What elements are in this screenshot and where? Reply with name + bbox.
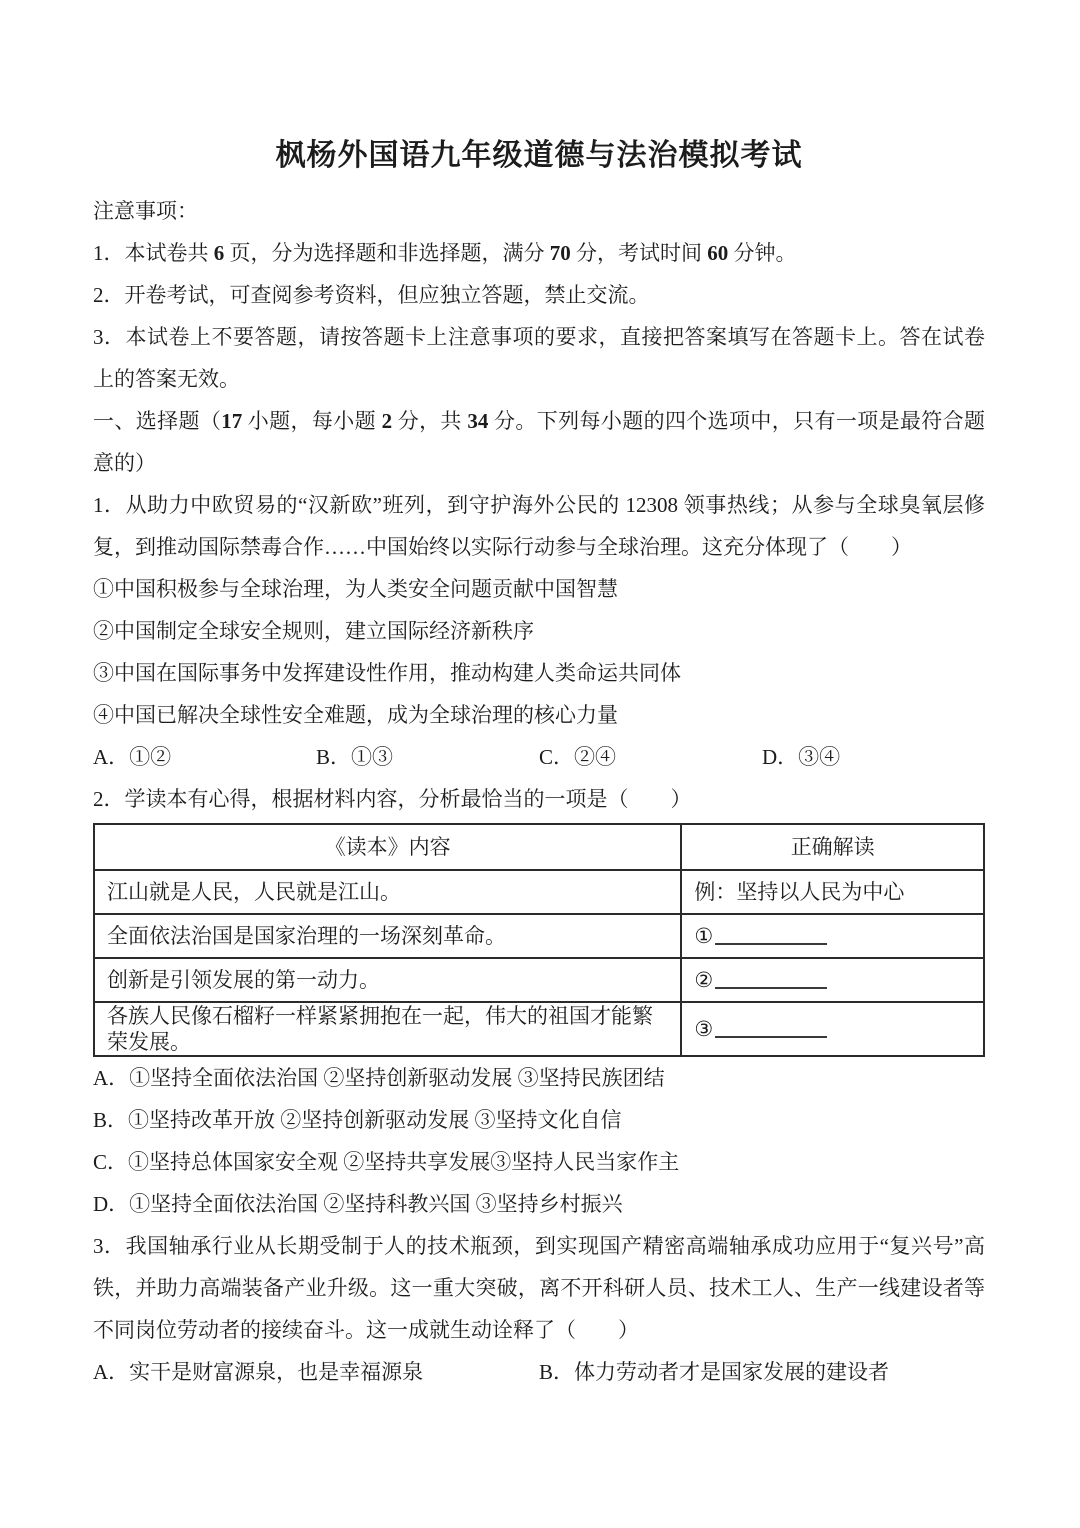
- cell-interpretation: ②: [681, 958, 984, 1002]
- bold-number: 2: [382, 409, 393, 433]
- text-run: 分，共: [392, 409, 467, 433]
- bold-number: 70: [550, 241, 571, 265]
- question-1-stem: 1．从助力中欧贸易的“汉新欧”班列，到守护海外公民的 12308 领事热线；从参…: [93, 484, 985, 568]
- table-header-interpretation: 正确解读: [681, 824, 984, 870]
- bold-number: 17: [221, 409, 242, 433]
- bold-number: 60: [707, 241, 728, 265]
- question-3-options: A．实干是财富源泉，也是幸福源泉 B．体力劳动者才是国家发展的建设者: [93, 1351, 985, 1393]
- question-2-option-b: B．①坚持改革开放 ②坚持创新驱动发展 ③坚持文化自信: [93, 1099, 985, 1141]
- option-b: B．①③: [316, 736, 539, 778]
- answer-blank: [715, 925, 827, 945]
- question-1-options: A．①② B．①③ C．②④ D．③④: [93, 736, 985, 778]
- question-1-item-4: ④中国已解决全球性安全难题，成为全球治理的核心力量: [93, 694, 985, 736]
- section-heading: 一、选择题（17 小题，每小题 2 分，共 34 分。下列每小题的四个选项中，只…: [93, 400, 985, 484]
- text-run: 小题，每小题: [242, 409, 381, 433]
- table-row: 江山就是人民，人民就是江山。 例：坚持以人民为中心: [94, 870, 984, 914]
- cell-content: 江山就是人民，人民就是江山。: [94, 870, 681, 914]
- q2-table: 《读本》内容 正确解读 江山就是人民，人民就是江山。 例：坚持以人民为中心 全面…: [93, 823, 985, 1057]
- question-3-stem: 3．我国轴承行业从长期受制于人的技术瓶颈，到实现国产精密高端轴承成功应用于“复兴…: [93, 1225, 985, 1351]
- page-title: 枫杨外国语九年级道德与法治模拟考试: [93, 134, 985, 178]
- table-row: 创新是引领发展的第一动力。 ②: [94, 958, 984, 1002]
- question-2-option-d: D．①坚持全面依法治国 ②坚持科教兴国 ③坚持乡村振兴: [93, 1183, 985, 1225]
- option-d: D．③④: [762, 736, 985, 778]
- question-2-option-a: A．①坚持全面依法治国 ②坚持创新驱动发展 ③坚持民族团结: [93, 1057, 985, 1099]
- text-run: 1．本试卷共: [93, 241, 214, 265]
- question-2-stem: 2．学读本有心得，根据材料内容，分析最恰当的一项是（ ）: [93, 778, 985, 820]
- question-2-option-c: C．①坚持总体国家安全观 ②坚持共享发展③坚持人民当家作主: [93, 1141, 985, 1183]
- circled-number: ①: [694, 924, 713, 948]
- circled-number: ③: [694, 1017, 713, 1041]
- notice-item-2: 2．开卷考试，可查阅参考资料，但应独立答题，禁止交流。: [93, 274, 985, 316]
- cell-interpretation: ①: [681, 914, 984, 958]
- option-b: B．体力劳动者才是国家发展的建设者: [539, 1351, 985, 1393]
- notice-item-1: 1．本试卷共 6 页，分为选择题和非选择题，满分 70 分，考试时间 60 分钟…: [93, 232, 985, 274]
- table-header-content: 《读本》内容: [94, 824, 681, 870]
- exam-page: 枫杨外国语九年级道德与法治模拟考试 注意事项： 1．本试卷共 6 页，分为选择题…: [0, 134, 1080, 1393]
- question-1-item-2: ②中国制定全球安全规则，建立国际经济新秩序: [93, 610, 985, 652]
- bold-number: 34: [467, 409, 488, 433]
- notice-heading: 注意事项：: [93, 190, 985, 232]
- question-1-item-1: ①中国积极参与全球治理，为人类安全问题贡献中国智慧: [93, 568, 985, 610]
- answer-blank: [715, 969, 827, 989]
- cell-content: 各族人民像石榴籽一样紧紧拥抱在一起，伟大的祖国才能繁荣发展。: [94, 1002, 681, 1056]
- table-row: 各族人民像石榴籽一样紧紧拥抱在一起，伟大的祖国才能繁荣发展。 ③: [94, 1002, 984, 1056]
- text-run: 分，考试时间: [571, 241, 708, 265]
- table-header-row: 《读本》内容 正确解读: [94, 824, 984, 870]
- cell-interpretation: ③: [681, 1002, 984, 1056]
- notice-item-3: 3．本试卷上不要答题，请按答题卡上注意事项的要求，直接把答案填写在答题卡上。答在…: [93, 316, 985, 400]
- cell-interpretation: 例：坚持以人民为中心: [681, 870, 984, 914]
- table-row: 全面依法治国是国家治理的一场深刻革命。 ①: [94, 914, 984, 958]
- text-run: 一、选择题（: [93, 409, 221, 433]
- bold-number: 6: [214, 241, 225, 265]
- option-c: C．②④: [539, 736, 762, 778]
- option-a: A．实干是财富源泉，也是幸福源泉: [93, 1351, 539, 1393]
- text-run: 分钟。: [728, 241, 796, 265]
- cell-content: 创新是引领发展的第一动力。: [94, 958, 681, 1002]
- cell-content: 全面依法治国是国家治理的一场深刻革命。: [94, 914, 681, 958]
- question-1-item-3: ③中国在国际事务中发挥建设性作用，推动构建人类命运共同体: [93, 652, 985, 694]
- text-run: 页，分为选择题和非选择题，满分: [224, 241, 550, 265]
- answer-blank: [715, 1018, 827, 1038]
- option-a: A．①②: [93, 736, 316, 778]
- circled-number: ②: [694, 968, 713, 992]
